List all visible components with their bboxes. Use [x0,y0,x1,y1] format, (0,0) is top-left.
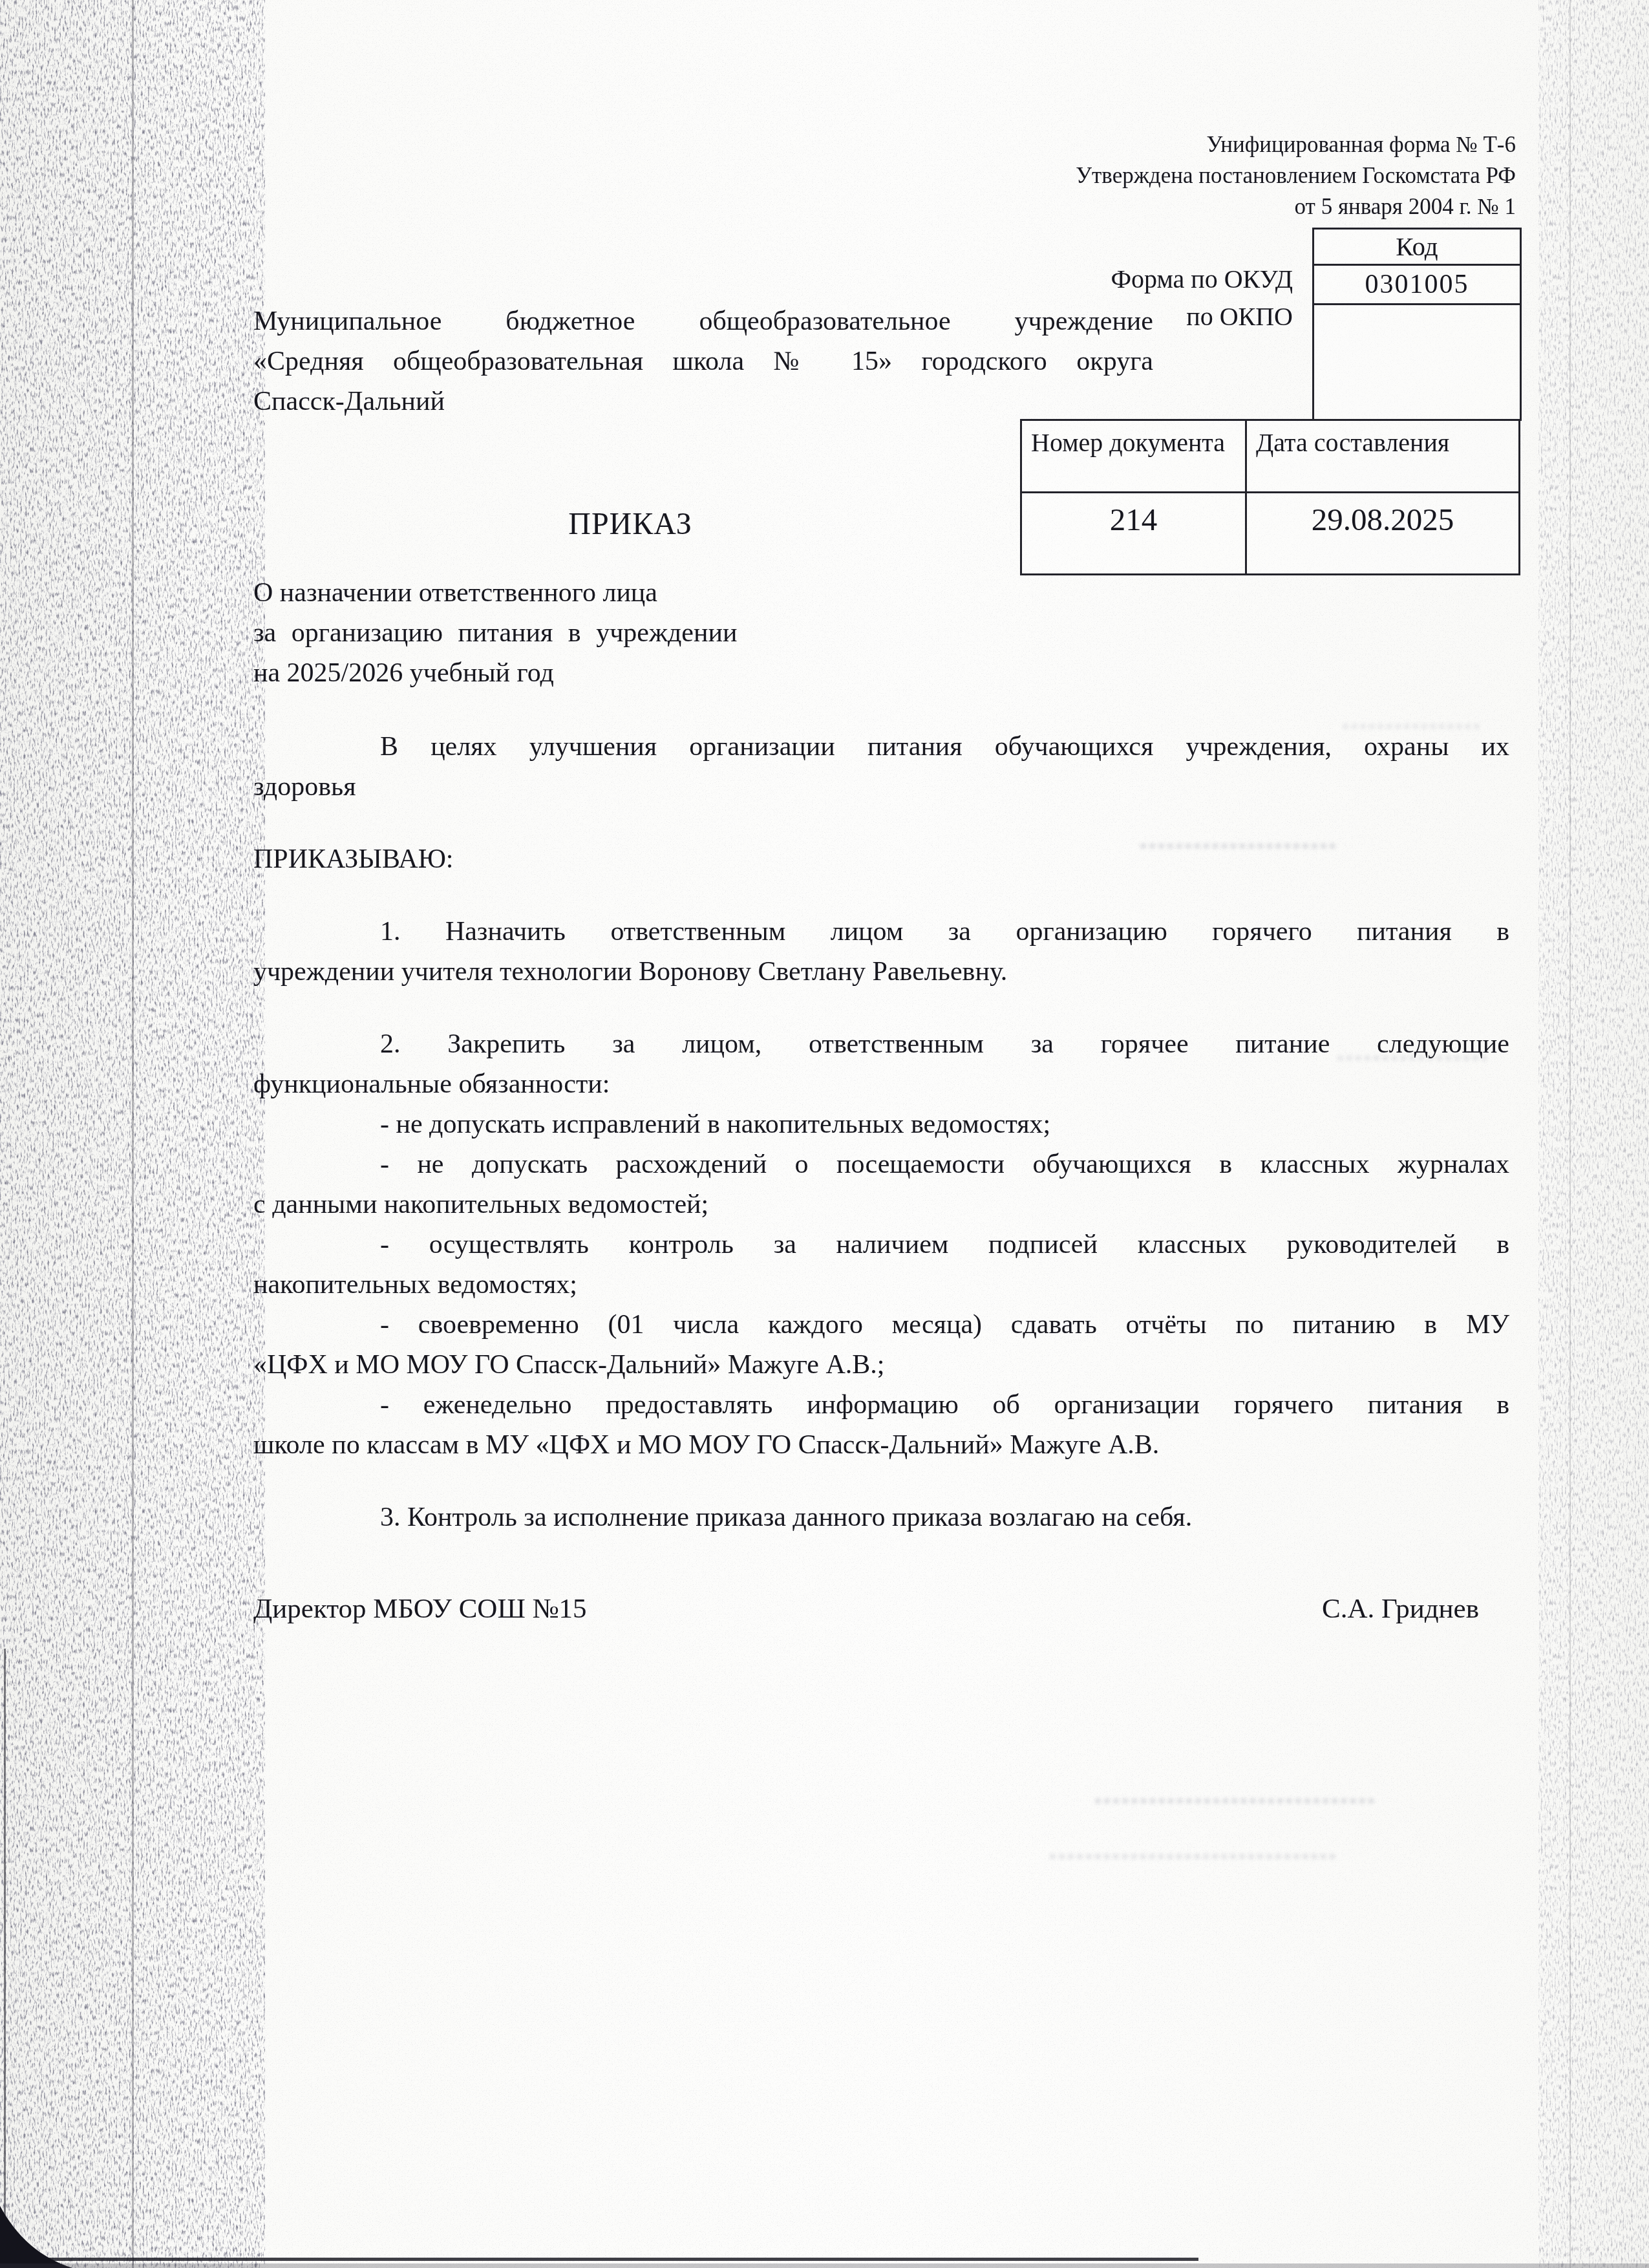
organization-name-line-3: Спасск-Дальний [253,381,1153,422]
scanner-streak-line [132,0,134,2268]
duty-4-line-1: - своевременно (01 числа каждого месяца)… [253,1305,1509,1345]
bleed-through-mark [1141,844,1335,848]
doc-number-value-cell: 214 [1022,491,1247,573]
order-subject-line-2: за организацию питания в учреждении [253,613,737,653]
right-speckle-band [1538,0,1649,2268]
duty-2-line-1: - не допускать расхождений о посещаемост… [253,1144,1509,1184]
form-header: Унифицированная форма № Т-6 Утверждена п… [1076,129,1516,222]
document-title: ПРИКАЗ [252,506,1008,542]
organization-name: Муниципальное бюджетное общеобразователь… [253,301,1153,422]
organization-name-line-1: Муниципальное бюджетное общеобразователь… [253,301,1153,341]
doc-date-value-cell: 29.08.2025 [1247,491,1518,573]
doc-number-header-cell: Номер документа [1022,421,1247,491]
order-body: В целях улучшения организации питания об… [253,727,1509,1537]
duty-5-line-1: - еженедельно предоставлять информацию о… [253,1385,1509,1425]
item-1-line-1: 1. Назначить ответственным лицом за орга… [253,912,1509,952]
preamble-line-2: здоровья [253,767,1509,807]
duty-1: - не допускать исправлений в накопительн… [253,1104,1509,1144]
item-1-line-2: учреждении учителя технологии Воронову С… [253,952,1509,992]
bleed-through-mark [1338,1056,1487,1060]
signer-name: С.А. Гриднев [1322,1593,1479,1625]
duty-3-line-1: - осуществлять контроль за наличием подп… [253,1225,1509,1265]
duty-2-line-2: с данными накопительных ведомостей; [253,1184,1509,1225]
order-subject: О назначении ответственного лица за орга… [253,573,737,693]
order-subject-line-3: на 2025/2026 учебный год [253,653,737,693]
item-2-line-1: 2. Закрепить за лицом, ответственным за … [253,1024,1509,1064]
duty-4-line-2: «ЦФХ и МО МОУ ГО Спасск-Дальний» Мажуге … [253,1345,1509,1385]
scanner-streak-line-right [1569,0,1571,2268]
document-number-table: Номер документа Дата составления 214 29.… [1020,419,1520,575]
scanned-order-document: Унифицированная форма № Т-6 Утверждена п… [0,0,1649,2268]
bleed-through-mark [1096,1799,1374,1803]
order-subject-line-1: О назначении ответственного лица [253,573,737,613]
bottom-edge-line [41,2258,1198,2261]
form-header-line-2: Утверждена постановлением Госкомстата РФ [1076,160,1516,191]
item-3: 3. Контроль за исполнение приказа данног… [253,1497,1509,1537]
okud-label: Форма по ОКУД [1111,264,1293,294]
okpo-label: по ОКПО [1186,301,1293,332]
bottom-scan-edge [0,2263,1649,2268]
code-table-header-cell: Код [1314,230,1520,266]
signer-position: Директор МБОУ СОШ №15 [253,1593,587,1625]
bleed-through-mark [1343,724,1479,729]
left-edge-line [4,1649,6,2268]
okud-value-cell: 0301005 [1314,266,1520,305]
doc-date-header-cell: Дата составления [1247,421,1518,491]
preamble-line-1: В целях улучшения организации питания об… [253,727,1509,767]
duty-5-line-2: школе по классам в МУ «ЦФХ и МО МОУ ГО С… [253,1425,1509,1465]
okud-code-table: Код 0301005 [1312,228,1522,421]
form-header-line-1: Унифицированная форма № Т-6 [1076,129,1516,160]
bleed-through-mark [1050,1854,1335,1859]
duty-3-line-2: накопительных ведомостях; [253,1265,1509,1305]
left-speckle-band [0,0,265,2268]
okpo-value-cell [1314,305,1520,419]
form-header-line-3: от 5 января 2004 г. № 1 [1076,191,1516,222]
bottom-left-corner-shadow [0,2206,72,2268]
item-2-line-2: функциональные обязанности: [253,1064,1509,1104]
organization-name-line-2: «Средняя общеобразовательная школа № 15»… [253,341,1153,381]
